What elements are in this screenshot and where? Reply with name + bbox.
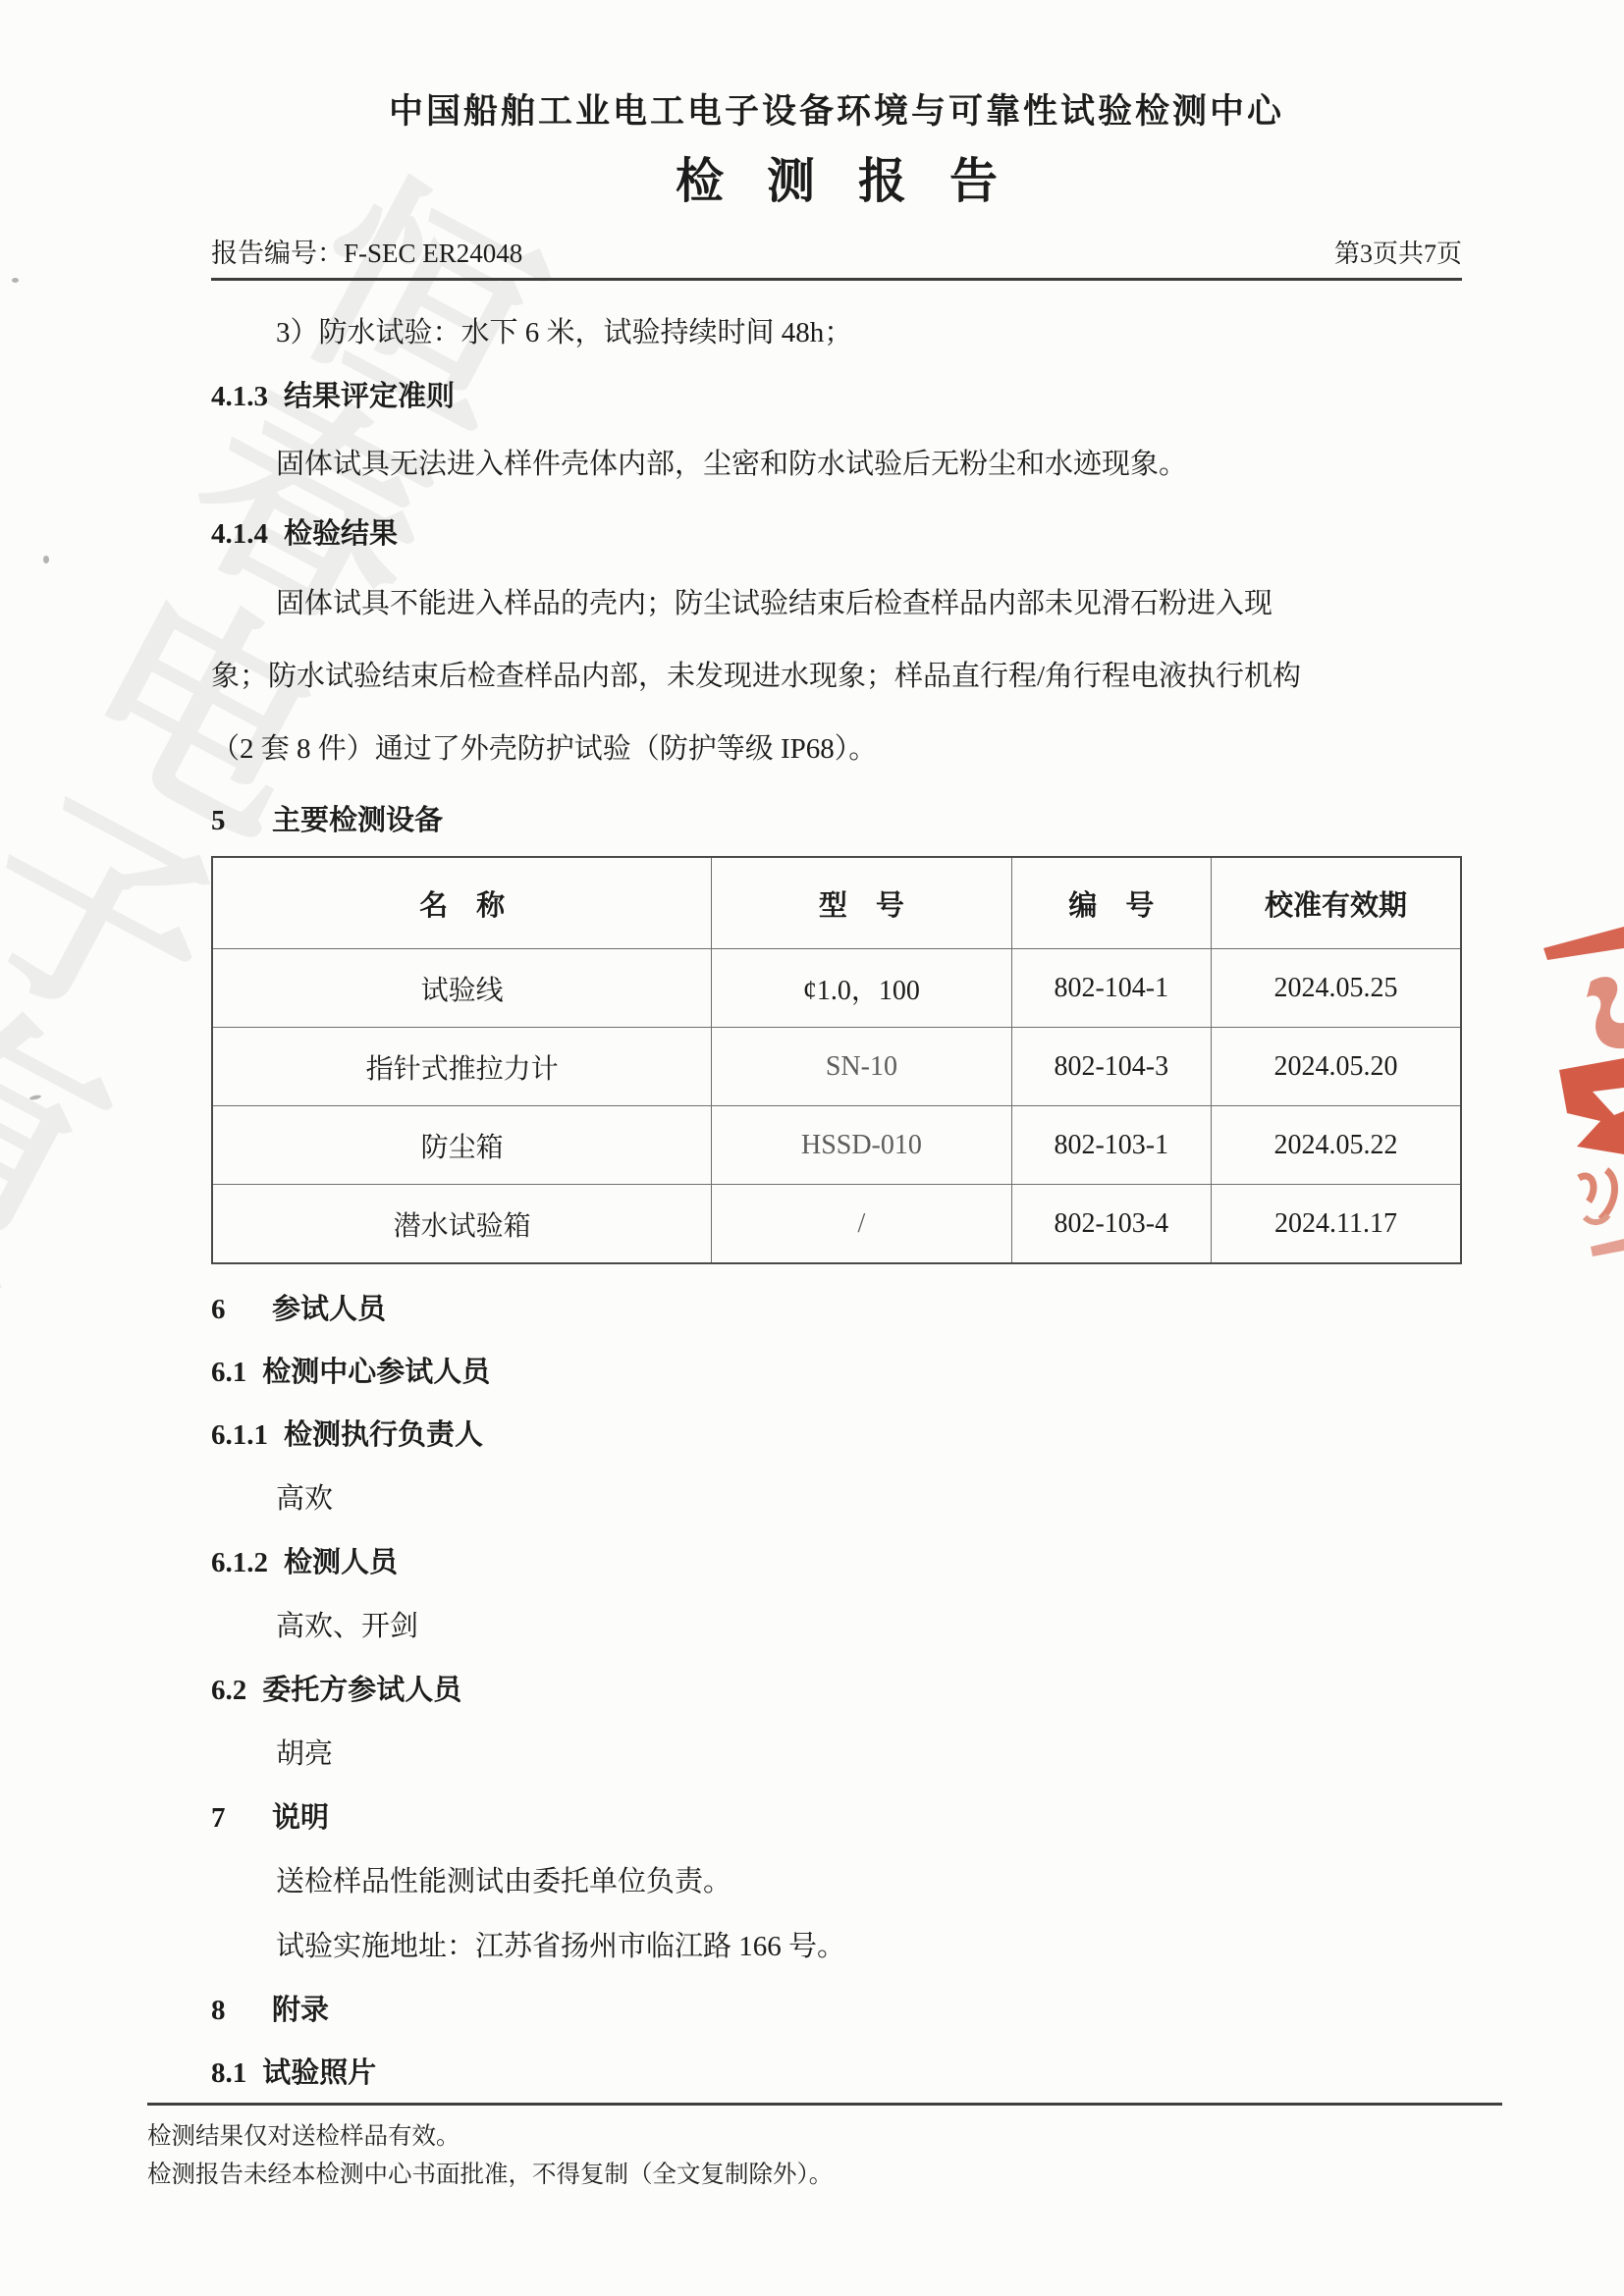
- page-content: 中国船舶工业电工电子设备环境与可靠性试验检测中心 检测报告 报告编号：F-SEC…: [211, 0, 1462, 2093]
- red-seal-svg: [1542, 921, 1624, 1264]
- table-row: 防尘箱 HSSD-010 802-103-1 2024.05.22: [212, 1106, 1461, 1185]
- section-title: 检测人员: [284, 1547, 398, 1578]
- table-cell: 802-103-1: [1011, 1106, 1212, 1185]
- section-number: 4.1.3: [211, 377, 268, 416]
- section-7-heading: 7说明: [211, 1798, 1462, 1838]
- column-header: 编 号: [1011, 857, 1212, 949]
- table-cell: 2024.05.25: [1212, 949, 1461, 1028]
- section-4-1-4-heading: 4.1.4检验结果: [211, 514, 1462, 554]
- section-8-heading: 8附录: [211, 1991, 1462, 2030]
- section-4-1-4-text: 固体试具不能进入样品的壳内；防尘试验结束后检查样品内部未见滑石粉进入现 象；防水…: [211, 567, 1462, 785]
- table-cell: HSSD-010: [712, 1106, 1011, 1185]
- scan-speck: [29, 1095, 42, 1100]
- section-6-1-1-heading: 6.1.1检测执行负责人: [211, 1415, 1462, 1455]
- section-number: 7: [211, 1798, 256, 1838]
- table-cell: 802-104-1: [1011, 949, 1212, 1028]
- section-number: 6.1: [211, 1353, 246, 1392]
- org-title: 中国船舶工业电工电子设备环境与可靠性试验检测中心: [211, 84, 1462, 133]
- section-title: 检验结果: [284, 518, 398, 550]
- table-cell: 2024.05.22: [1212, 1106, 1461, 1185]
- scan-speck: [43, 556, 49, 563]
- table-cell: SN-10: [712, 1028, 1011, 1106]
- section-number: 6.1.2: [211, 1543, 268, 1582]
- table-cell: 802-103-4: [1011, 1185, 1212, 1264]
- scan-speck: [12, 278, 19, 283]
- section-6-1-heading: 6.1检测中心参试人员: [211, 1353, 1462, 1392]
- section-title: 试验照片: [262, 2057, 376, 2089]
- red-seal-fragment: [1542, 921, 1624, 1264]
- equipment-table: 名 称 型 号 编 号 校准有效期 试验线 ¢1.0，100 802-104-1…: [211, 856, 1462, 1264]
- section-title: 检测中心参试人员: [262, 1357, 490, 1388]
- table-header-row: 名 称 型 号 编 号 校准有效期: [212, 857, 1461, 949]
- table-cell: ¢1.0，100: [712, 949, 1011, 1028]
- header-rule: [211, 278, 1462, 281]
- page-indicator: 第3页共7页: [1334, 234, 1462, 270]
- section-4-1-3-text: 固体试具无法进入样件壳体内部，尘密和防水试验后无粉尘和水迹现象。: [211, 444, 1462, 485]
- section-title: 主要检测设备: [272, 805, 443, 836]
- column-header: 校准有效期: [1212, 857, 1461, 949]
- table-row: 试验线 ¢1.0，100 802-104-1 2024.05.25: [212, 949, 1461, 1028]
- section-title: 结果评定准则: [284, 381, 455, 412]
- client-participant-name: 胡亮: [211, 1734, 1462, 1775]
- report-meta-row: 报告编号：F-SEC ER24048 第3页共7页: [211, 232, 1462, 270]
- table-cell: 试验线: [212, 949, 712, 1028]
- section-6-heading: 6参试人员: [211, 1290, 1462, 1329]
- section-6-2-heading: 6.2委托方参试人员: [211, 1671, 1462, 1710]
- table-cell: 802-104-3: [1011, 1028, 1212, 1106]
- table-cell: /: [712, 1185, 1011, 1264]
- section-number: 6: [211, 1290, 256, 1329]
- section-number: 6.2: [211, 1671, 246, 1710]
- footer-rule: [147, 2103, 1502, 2106]
- table-cell: 指针式推拉力计: [212, 1028, 712, 1106]
- section-number: 8.1: [211, 2054, 246, 2093]
- footer-note-validity: 检测结果仅对送检样品有效。: [147, 2117, 1502, 2156]
- paragraph-line: 固体试具不能进入样品的壳内；防尘试验结束后检查样品内部未见滑石粉进入现: [211, 567, 1462, 640]
- section-number: 6.1.1: [211, 1415, 268, 1455]
- section-number: 5: [211, 801, 256, 840]
- table-cell: 防尘箱: [212, 1106, 712, 1185]
- footer-note-copy: 检测报告未经本检测中心书面批准，不得复制（全文复制除外）。: [147, 2156, 1502, 2194]
- section-4-1-3-heading: 4.1.3结果评定准则: [211, 377, 1462, 416]
- table-cell: 潜水试验箱: [212, 1185, 712, 1264]
- section-title: 说明: [272, 1802, 329, 1834]
- note-line: 送检样品性能测试由委托单位负责。: [211, 1861, 1462, 1902]
- report-title: 检测报告: [211, 143, 1462, 212]
- table-cell: 2024.11.17: [1212, 1185, 1461, 1264]
- section-6-1-2-heading: 6.1.2检测人员: [211, 1543, 1462, 1582]
- section-number: 8: [211, 1991, 256, 2030]
- table-row: 指针式推拉力计 SN-10 802-104-3 2024.05.20: [212, 1028, 1461, 1106]
- table-row: 潜水试验箱 / 802-103-4 2024.11.17: [212, 1185, 1461, 1264]
- table-cell: 2024.05.20: [1212, 1028, 1461, 1106]
- section-title: 委托方参试人员: [262, 1675, 461, 1706]
- section-5-heading: 5主要检测设备: [211, 801, 1462, 840]
- section-number: 4.1.4: [211, 514, 268, 554]
- page-footer: 检测结果仅对送检样品有效。 检测报告未经本检测中心书面批准，不得复制（全文复制除…: [147, 2103, 1502, 2194]
- column-header: 型 号: [712, 857, 1011, 949]
- paragraph-line: （2 套 8 件）通过了外壳防护试验（防护等级 IP68）。: [211, 713, 1462, 785]
- section-title: 附录: [272, 1995, 329, 2026]
- section-title: 检测执行负责人: [284, 1419, 483, 1451]
- executor-name: 高欢: [211, 1478, 1462, 1520]
- paragraph-line: 象；防水试验结束后检查样品内部，未发现进水现象；样品直行程/角行程电液执行机构: [211, 640, 1462, 713]
- section-8-1-heading: 8.1试验照片: [211, 2054, 1462, 2093]
- report-number: 报告编号：F-SEC ER24048: [211, 232, 522, 270]
- tester-names: 高欢、开剑: [211, 1606, 1462, 1647]
- column-header: 名 称: [212, 857, 712, 949]
- test-address-line: 试验实施地址：江苏省扬州市临江路 166 号。: [211, 1926, 1462, 1967]
- report-page: 恒春电子有限公司 中国船舶工业电工电子设备环境与可靠性试验检测中心 检测报告 报…: [0, 0, 1624, 2296]
- waterproof-test-item: 3）防水试验：水下 6 米，试验持续时间 48h；: [211, 312, 1462, 353]
- section-title: 参试人员: [272, 1294, 386, 1325]
